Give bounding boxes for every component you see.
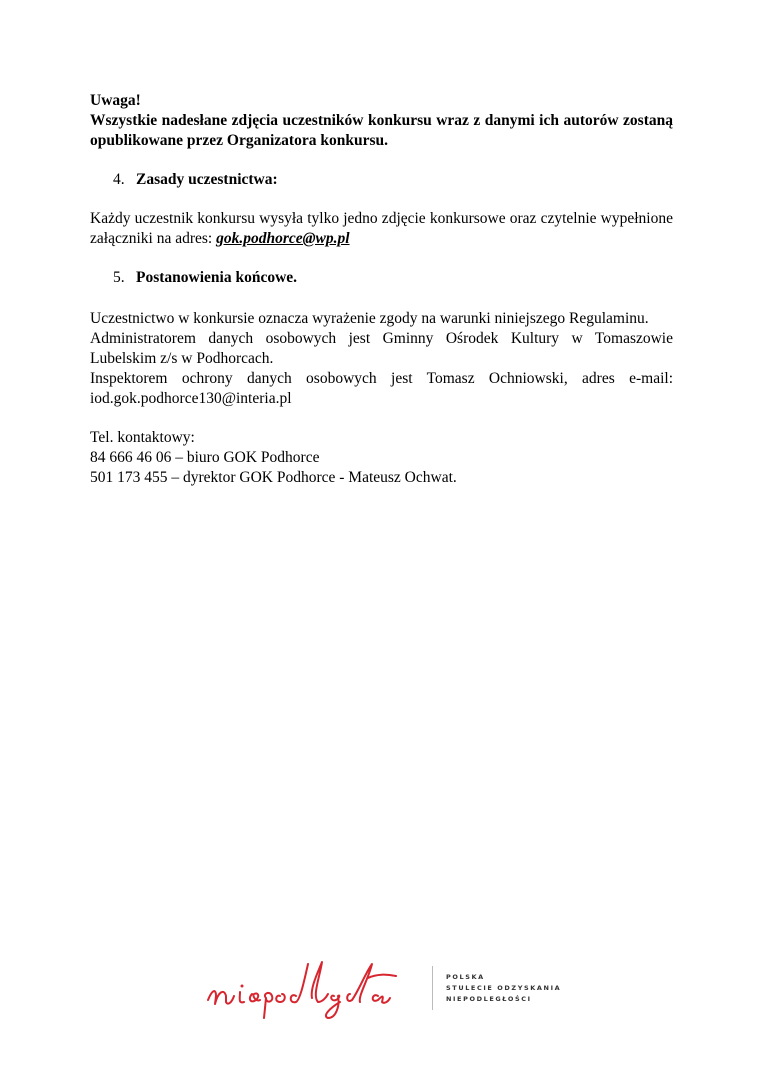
contact-phone-office: 84 666 46 06 – biuro GOK Podhorce (90, 448, 673, 468)
section-4-text: Każdy uczestnik konkursu wysyła tylko je… (90, 209, 673, 249)
notice-title: Uwaga! (90, 91, 673, 111)
inspector-text: Inspektorem ochrony danych osobowych jes… (90, 369, 673, 409)
niepodlegla-logo: POLSKA STULECIE ODZYSKANIA NIEPODLEGŁOŚC… (200, 952, 570, 1032)
contact-label: Tel. kontaktowy: (90, 428, 673, 448)
tagline-line: NIEPODLEGŁOŚCI (446, 994, 561, 1005)
administrator-text: Administratorem danych osobowych jest Gm… (90, 329, 673, 369)
tagline-line: POLSKA (446, 972, 561, 983)
section-4-body: Każdy uczestnik konkursu wysyła tylko je… (90, 210, 673, 247)
section-title: Zasady uczestnictwa: (136, 170, 278, 190)
section-title: Postanowienia końcowe. (136, 268, 297, 288)
consent-text: Uczestnictwo w konkursie oznacza wyrażen… (90, 309, 673, 329)
contact-phone-director: 501 173 455 – dyrektor GOK Podhorce - Ma… (90, 468, 673, 488)
logo-divider (432, 966, 433, 1010)
tagline-line: STULECIE ODZYSKANIA (446, 983, 561, 994)
email-link[interactable]: gok.podhorce@wp.pl (216, 230, 349, 247)
logo-tagline: POLSKA STULECIE ODZYSKANIA NIEPODLEGŁOŚC… (446, 972, 561, 1005)
section-number: 5. (113, 268, 136, 288)
document-body: Uwaga! Wszystkie nadesłane zdjęcia uczes… (90, 91, 673, 488)
section-4-heading: 4. Zasady uczestnictwa: (90, 170, 673, 190)
notice-text: Wszystkie nadesłane zdjęcia uczestników … (90, 111, 673, 151)
section-5-heading: 5. Postanowienia końcowe. (90, 268, 673, 288)
niepodlegla-script-icon (200, 952, 425, 1027)
section-number: 4. (113, 170, 136, 190)
